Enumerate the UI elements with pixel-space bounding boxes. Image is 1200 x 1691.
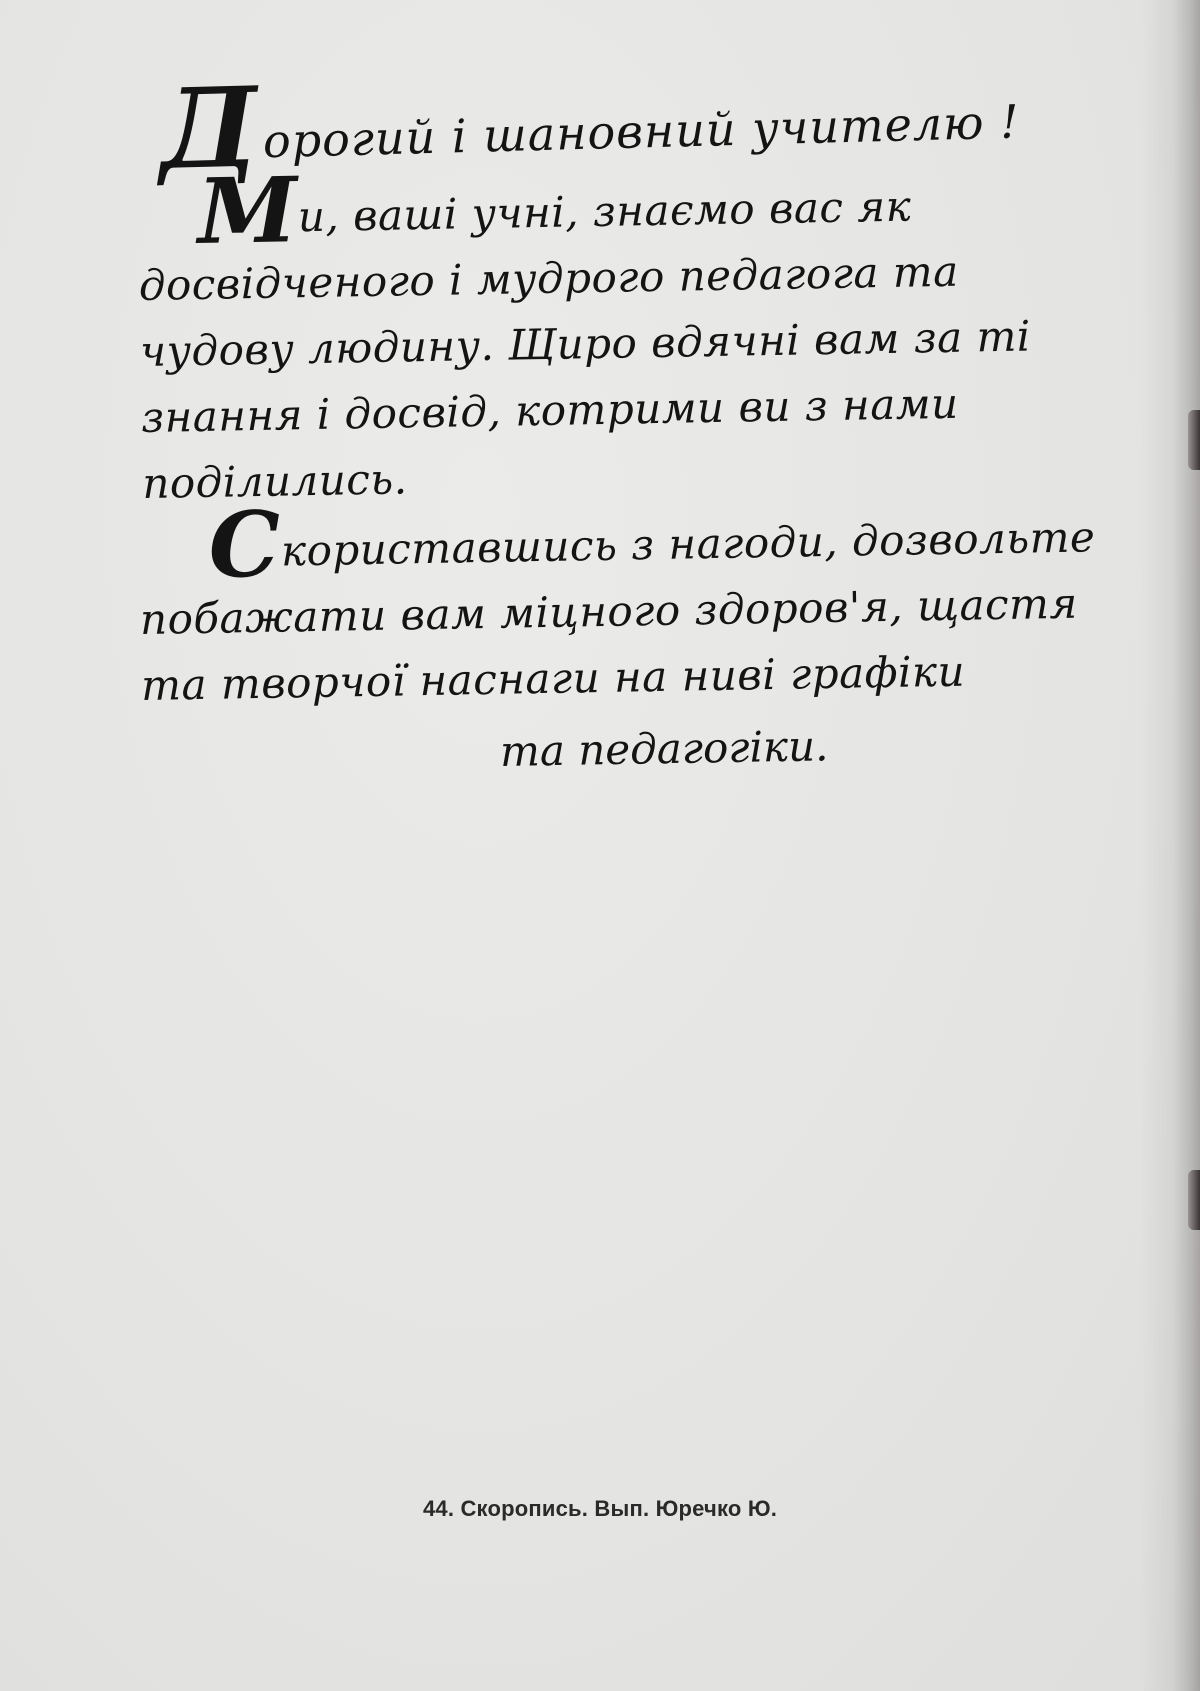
paragraph-1-dropcap: М: [197, 157, 299, 265]
scanned-page: Дорогий і шановний учителю ! Ми, ваші уч…: [0, 0, 1200, 1691]
binding-hole-bottom: [1188, 1170, 1200, 1230]
page-spine-shadow: [1140, 0, 1200, 1691]
letter-paragraph-1: Ми, ваші учні, знаємо вас як досвідченог…: [137, 166, 1103, 517]
handwritten-letter: Дорогий і шановний учителю ! Ми, ваші уч…: [140, 95, 1100, 785]
page-caption: 44. Скоропись. Вып. Юречко Ю.: [0, 1496, 1200, 1522]
letter-paragraph-2: Скориставшись з нагоди, дозвольте побажа…: [138, 500, 1101, 719]
binding-hole-top: [1188, 410, 1200, 470]
paragraph-2-text: користавшись з нагоди, дозвольте побажат…: [140, 512, 1096, 710]
letter-closing: та педагогіки.: [499, 709, 1100, 785]
letter-salutation: Дорогий і шановний учителю !: [159, 70, 1101, 179]
salutation-text: орогий і шановний учителю !: [262, 95, 1020, 169]
paragraph-2-dropcap: С: [208, 492, 282, 599]
